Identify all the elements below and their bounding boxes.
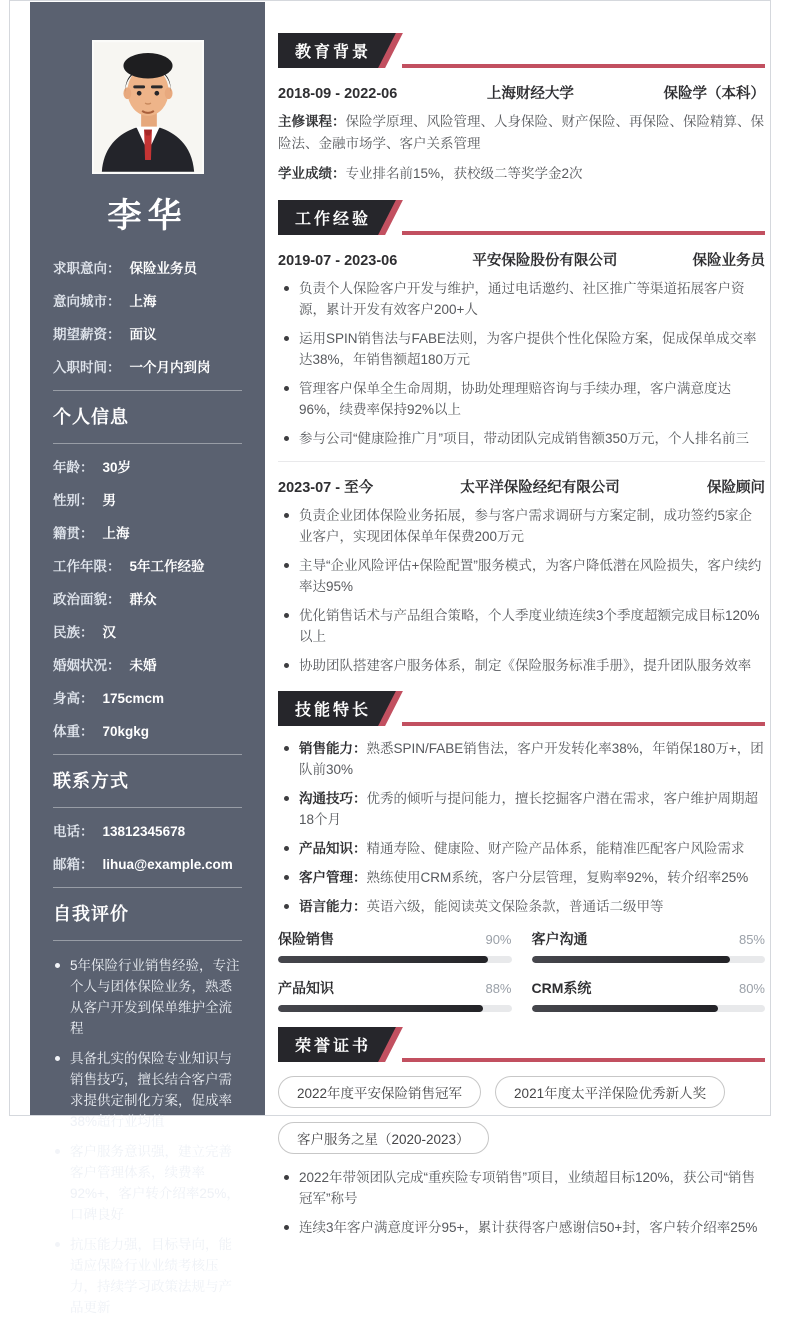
field-label: 体重：: [53, 720, 94, 740]
field-value: 一个月内到岗: [130, 356, 211, 376]
avatar-illustration: [94, 42, 202, 172]
list-item: 参与公司“健康险推广月”项目，带动团队完成销售额350万元，个人排名前三: [278, 428, 765, 449]
profile-photo: [92, 40, 204, 174]
divider: [53, 887, 242, 888]
summary-field-salary: 期望薪资： 面议: [53, 323, 242, 343]
info-row-gender: 性别： 男: [53, 489, 242, 509]
candidate-name: 李华: [53, 188, 242, 237]
sidebar-section-self-evaluation: 自我评价: [53, 900, 242, 926]
red-rule: [402, 722, 765, 726]
courses-label: 主修课程：: [278, 114, 346, 129]
info-row-political-status: 政治面貌： 群众: [53, 588, 242, 608]
divider: [53, 940, 242, 941]
divider: [53, 443, 242, 444]
skill-bar-client-communication: 客户沟通 85%: [532, 929, 766, 963]
skill-bar-crm-system: CRM系统 80%: [532, 978, 766, 1012]
bar-track: [278, 1005, 512, 1012]
job-bullets: 负责企业团体保险业务拓展，参与客户需求调研与方案定制，成功签约5家企业客户，实现…: [278, 505, 765, 676]
field-label: 入职时间：: [53, 356, 121, 376]
education-row: 2018-09 - 2022-06 上海财经大学 保险学（本科）: [278, 82, 765, 103]
education-major: 保险学（本科）: [663, 82, 765, 103]
skill-bar-insurance-sales: 保险销售 90%: [278, 929, 512, 963]
section-title: 技能特长: [295, 697, 371, 720]
job-block: 2023-07 - 至今 太平洋保险经纪有限公司 保险顾问 负责企业团体保险业务…: [278, 476, 765, 676]
bar-fill: [532, 956, 730, 963]
red-rule: [402, 64, 765, 68]
field-value: 男: [103, 489, 117, 509]
courses-text: 保险学原理、风险管理、人身保险、财产保险、再保险、保险精算、保险法、金融市场学、…: [278, 114, 764, 151]
field-label: 身高：: [53, 687, 94, 707]
sidebar: 李华 求职意向： 保险业务员 意向城市： 上海 期望薪资： 面议 入职时间： 一…: [30, 2, 265, 1115]
skill-text: 优秀的倾听与提问能力，擅长挖掘客户潜在需求，客户维护周期超18个月: [299, 791, 758, 827]
bar-percent: 90%: [485, 932, 511, 947]
section-experience: 工作经验 2019-07 - 2023-06 平安保险股份有限公司 保险业务员 …: [278, 200, 765, 676]
list-item: 语言能力：英语六级，能阅读英文保险条款，普通话二级甲等: [278, 896, 765, 917]
phone-number: 13812345678: [103, 824, 186, 839]
self-eval-list: 5年保险行业销售经验，专注个人与团体保险业务，熟悉从客户开发到保单维护全流程 具…: [53, 955, 242, 1123]
list-item: 产品知识：精通寿险、健康险、财产险产品体系，能精准匹配客户风险需求: [278, 838, 765, 859]
sidebar-section-personal-info: 个人信息: [53, 403, 242, 429]
list-item: 负责个人保险客户开发与维护，通过电话邀约、社区推广等渠道拓展客户资源，累计开发有…: [278, 278, 765, 320]
summary-field-intention: 求职意向： 保险业务员: [53, 257, 242, 277]
education-period: 2018-09 - 2022-06: [278, 86, 397, 102]
skill-label: 语言能力：: [299, 899, 367, 914]
field-label: 电话：: [53, 820, 94, 840]
section-header: 工作经验: [278, 200, 765, 235]
skill-label: 产品知识：: [299, 841, 367, 856]
section-education: 教育背景 2018-09 - 2022-06 上海财经大学 保险学（本科） 主修…: [278, 33, 765, 185]
main-content: 教育背景 2018-09 - 2022-06 上海财经大学 保险学（本科） 主修…: [278, 33, 765, 1123]
field-label: 民族：: [53, 621, 94, 641]
field-value: 群众: [130, 588, 157, 608]
list-item: 具备扎实的保险专业知识与销售技巧，擅长结合客户需求提供定制化方案，促成率38%超…: [53, 1048, 242, 1123]
list-item: 协助团队搭建客户服务体系，制定《保险服务标准手册》，提升团队服务效率: [278, 655, 765, 676]
section-title: 荣誉证书: [295, 1033, 371, 1056]
divider: [53, 807, 242, 808]
section-header: 技能特长: [278, 691, 765, 726]
job-header-row: 2023-07 - 至今 太平洋保险经纪有限公司 保险顾问: [278, 476, 765, 497]
job-header-row: 2019-07 - 2023-06 平安保险股份有限公司 保险业务员: [278, 249, 765, 270]
job-bullets: 负责个人保险客户开发与维护，通过电话邀约、社区推广等渠道拓展客户资源，累计开发有…: [278, 278, 765, 449]
job-company: 太平洋保险经纪有限公司: [460, 476, 620, 497]
list-item: 负责企业团体保险业务拓展，参与客户需求调研与方案定制，成功签约5家企业客户，实现…: [278, 505, 765, 547]
field-label: 籍贯：: [53, 522, 94, 542]
grades-paragraph: 学业成绩：专业排名前15%，获校级二等奖学金2次: [278, 163, 765, 185]
bar-fill: [278, 956, 488, 963]
red-rule: [402, 1058, 765, 1062]
field-value: 70kgkg: [103, 724, 150, 739]
section-header: 荣誉证书: [278, 1027, 765, 1062]
skill-label: 销售能力：: [299, 741, 367, 756]
list-item: 客户管理：熟练使用CRM系统，客户分层管理，复购率92%，转介绍率25%: [278, 867, 765, 888]
sidebar-section-contact: 联系方式: [53, 767, 242, 793]
skill-text: 熟练使用CRM系统，客户分层管理，复购率92%，转介绍率25%: [367, 870, 749, 885]
email-address: lihua@example.com: [103, 857, 233, 872]
grades-text: 专业排名前15%，获校级二等奖学金2次: [346, 166, 583, 181]
field-label: 邮箱：: [53, 853, 94, 873]
skill-label: 沟通技巧：: [299, 791, 367, 806]
courses-paragraph: 主修课程：保险学原理、风险管理、人身保险、财产保险、再保险、保险精算、保险法、金…: [278, 111, 765, 155]
list-item: 5年保险行业销售经验，专注个人与团体保险业务，熟悉从客户开发到保单维护全流程: [53, 955, 242, 1039]
skill-label: 客户管理：: [299, 870, 367, 885]
bar-track: [532, 1005, 766, 1012]
field-value: 上海: [103, 522, 130, 542]
info-row-weight: 体重： 70kgkg: [53, 720, 242, 740]
field-value: 未婚: [130, 654, 157, 674]
field-label: 婚姻状况：: [53, 654, 121, 674]
info-row-age: 年龄： 30岁: [53, 456, 242, 476]
job-period: 2019-07 - 2023-06: [278, 253, 397, 269]
job-period: 2023-07 - 至今: [278, 476, 373, 497]
field-label: 工作年限：: [53, 555, 121, 575]
bar-track: [532, 956, 766, 963]
grades-label: 学业成绩：: [278, 166, 346, 181]
bar-percent: 80%: [739, 981, 765, 996]
bar-label: 客户沟通: [532, 929, 588, 949]
bar-track: [278, 956, 512, 963]
bar-fill: [278, 1005, 483, 1012]
honor-tag: 2021年度太平洋保险优秀新人奖: [495, 1076, 725, 1108]
divider: [278, 461, 765, 462]
field-label: 年龄：: [53, 456, 94, 476]
field-value: 汉: [103, 621, 117, 641]
list-item: 主导“企业风险评估+保险配置”服务模式，为客户降低潜在风险损失，客户续约率达95…: [278, 555, 765, 597]
field-label: 性别：: [53, 489, 94, 509]
field-value: 保险业务员: [130, 257, 198, 277]
field-value: 面议: [130, 323, 157, 343]
honor-tag: 2022年度平安保险销售冠军: [278, 1076, 481, 1108]
summary-field-availability: 入职时间： 一个月内到岗: [53, 356, 242, 376]
section-header: 教育背景: [278, 33, 765, 68]
list-item: 销售能力：熟悉SPIN/FABE销售法，客户开发转化率38%，年销保180万+，…: [278, 738, 765, 780]
skill-text: 熟悉SPIN/FABE销售法，客户开发转化率38%，年销保180万+，团队前30…: [299, 741, 764, 777]
bar-fill: [532, 1005, 719, 1012]
info-row-experience-years: 工作年限： 5年工作经验: [53, 555, 242, 575]
info-row-ethnicity: 民族： 汉: [53, 621, 242, 641]
field-label: 求职意向：: [53, 257, 121, 277]
red-rule: [402, 231, 765, 235]
contact-row-email: 邮箱： lihua@example.com: [53, 853, 242, 873]
skill-text: 英语六级，能阅读英文保险条款，普通话二级甲等: [367, 899, 664, 914]
info-row-hometown: 籍贯： 上海: [53, 522, 242, 542]
honor-tags: 2022年度平安保险销售冠军 2021年度太平洋保险优秀新人奖 客户服务之星（2…: [278, 1076, 765, 1123]
bar-label: 产品知识: [278, 978, 334, 998]
field-label: 政治面貌：: [53, 588, 121, 608]
skill-bars: 保险销售 90% 客户沟通 85% 产品知识 88%: [278, 929, 765, 1012]
info-row-height: 身高： 175cmcm: [53, 687, 242, 707]
job-role: 保险顾问: [707, 476, 765, 497]
bar-label: 保险销售: [278, 929, 334, 949]
section-skills: 技能特长 销售能力：熟悉SPIN/FABE销售法，客户开发转化率38%，年销保1…: [278, 691, 765, 1012]
skills-list: 销售能力：熟悉SPIN/FABE销售法，客户开发转化率38%，年销保180万+，…: [278, 738, 765, 917]
education-school: 上海财经大学: [487, 82, 574, 103]
field-label: 意向城市：: [53, 290, 121, 310]
field-value: 5年工作经验: [130, 555, 205, 575]
divider: [53, 754, 242, 755]
field-value: 175cmcm: [103, 691, 165, 706]
bar-percent: 88%: [485, 981, 511, 996]
list-item: 管理客户保单全生命周期，协助处理理赔咨询与手续办理，客户满意度达96%，续费率保…: [278, 378, 765, 420]
list-item: 沟通技巧：优秀的倾听与提问能力，擅长挖掘客户潜在需求，客户维护周期超18个月: [278, 788, 765, 830]
field-value: 上海: [130, 290, 157, 310]
job-role: 保险业务员: [692, 249, 765, 270]
contact-row-phone: 电话： 13812345678: [53, 820, 242, 840]
list-item: 运用SPIN销售法与FABE法则，为客户提供个性化保险方案，促成保单成交率达38…: [278, 328, 765, 370]
bar-percent: 85%: [739, 932, 765, 947]
skill-text: 精通寿险、健康险、财产险产品体系，能精准匹配客户风险需求: [367, 841, 745, 856]
list-item: 优化销售话术与产品组合策略，个人季度业绩连续3个季度超额完成目标120%以上: [278, 605, 765, 647]
field-value: 30岁: [103, 456, 132, 476]
section-title: 工作经验: [295, 206, 371, 229]
field-label: 期望薪资：: [53, 323, 121, 343]
bar-label: CRM系统: [532, 978, 592, 998]
summary-field-city: 意向城市： 上海: [53, 290, 242, 310]
info-row-marital-status: 婚姻状况： 未婚: [53, 654, 242, 674]
job-block: 2019-07 - 2023-06 平安保险股份有限公司 保险业务员 负责个人保…: [278, 249, 765, 449]
job-company: 平安保险股份有限公司: [472, 249, 617, 270]
divider: [53, 390, 242, 391]
skill-bar-product-knowledge: 产品知识 88%: [278, 978, 512, 1012]
section-honors: 荣誉证书 2022年度平安保险销售冠军 2021年度太平洋保险优秀新人奖 客户服…: [278, 1027, 765, 1123]
section-title: 教育背景: [295, 39, 371, 62]
